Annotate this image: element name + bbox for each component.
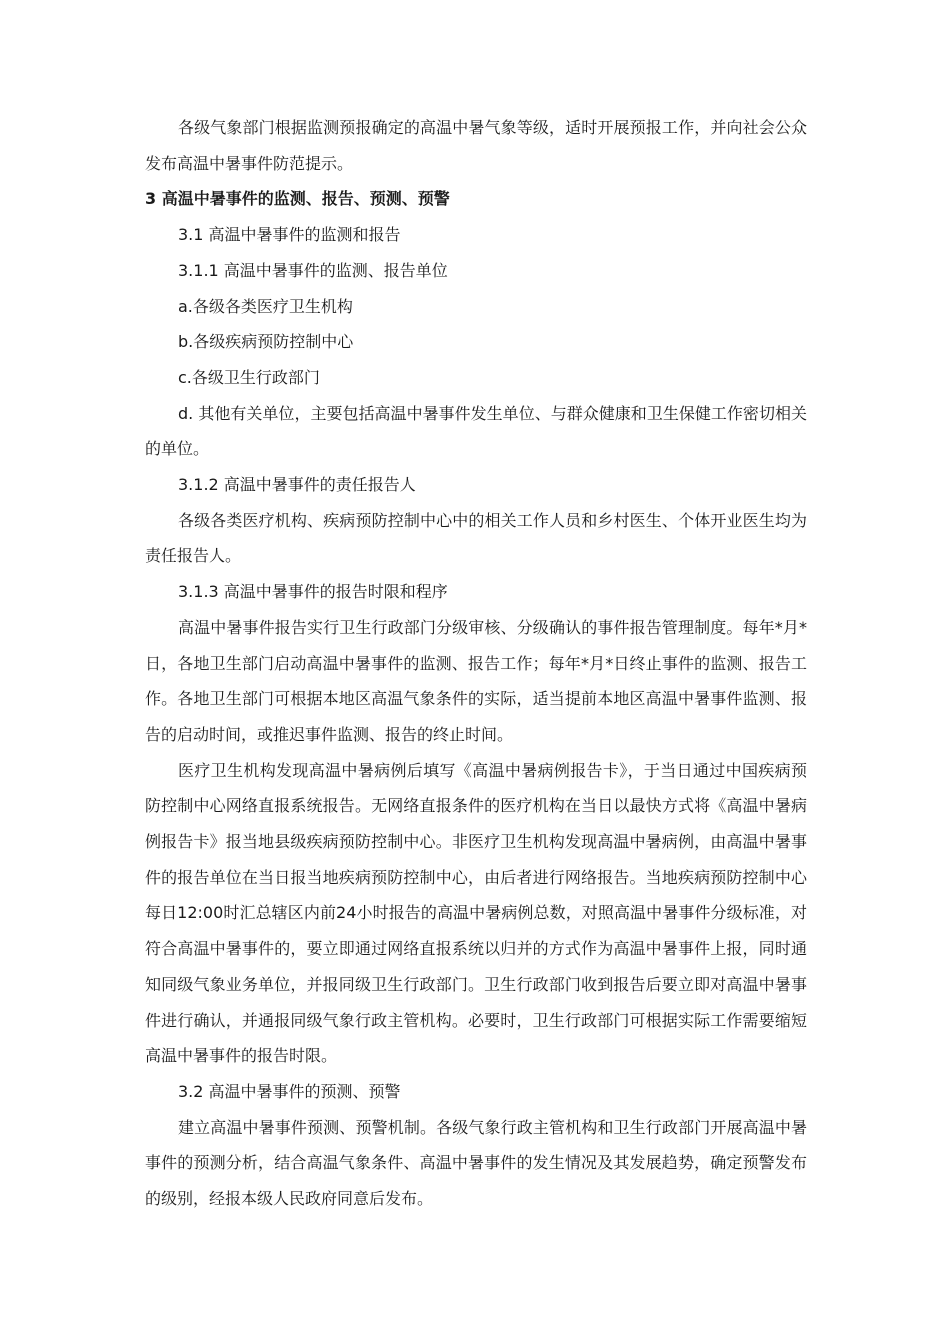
section-3-1-3-heading: 3.1.3 高温中暑事件的报告时限和程序	[145, 574, 807, 610]
section-3-2-heading: 3.2 高温中暑事件的预测、预警	[145, 1074, 807, 1110]
intro-paragraph: 各级气象部门根据监测预报确定的高温中暑气象等级，适时开展预报工作，并向社会公众发…	[145, 110, 807, 181]
list-item-b: b.各级疾病预防控制中心	[145, 324, 807, 360]
section-3-1-3-paragraph-1: 高温中暑事件报告实行卫生行政部门分级审核、分级确认的事件报告管理制度。每年*月*…	[145, 610, 807, 753]
section-3-2-body: 建立高温中暑事件预测、预警机制。各级气象行政主管机构和卫生行政部门开展高温中暑事…	[145, 1110, 807, 1217]
section-3-1-2-heading: 3.1.2 高温中暑事件的责任报告人	[145, 467, 807, 503]
list-item-d: d. 其他有关单位，主要包括高温中暑事件发生单位、与群众健康和卫生保健工作密切相…	[145, 396, 807, 467]
section-3-1-2-body: 各级各类医疗机构、疾病预防控制中心中的相关工作人员和乡村医生、个体开业医生均为责…	[145, 503, 807, 574]
list-item-c: c.各级卫生行政部门	[145, 360, 807, 396]
list-item-a: a.各级各类医疗卫生机构	[145, 289, 807, 325]
section-3-1-3-paragraph-2: 医疗卫生机构发现高温中暑病例后填写《高温中暑病例报告卡》，于当日通过中国疾病预防…	[145, 753, 807, 1074]
section-3-heading: 3 高温中暑事件的监测、报告、预测、预警	[145, 181, 807, 217]
section-3-1-1-heading: 3.1.1 高温中暑事件的监测、报告单位	[145, 253, 807, 289]
section-3-1-heading: 3.1 高温中暑事件的监测和报告	[145, 217, 807, 253]
document-page: 各级气象部门根据监测预报确定的高温中暑气象等级，适时开展预报工作，并向社会公众发…	[145, 110, 807, 1217]
